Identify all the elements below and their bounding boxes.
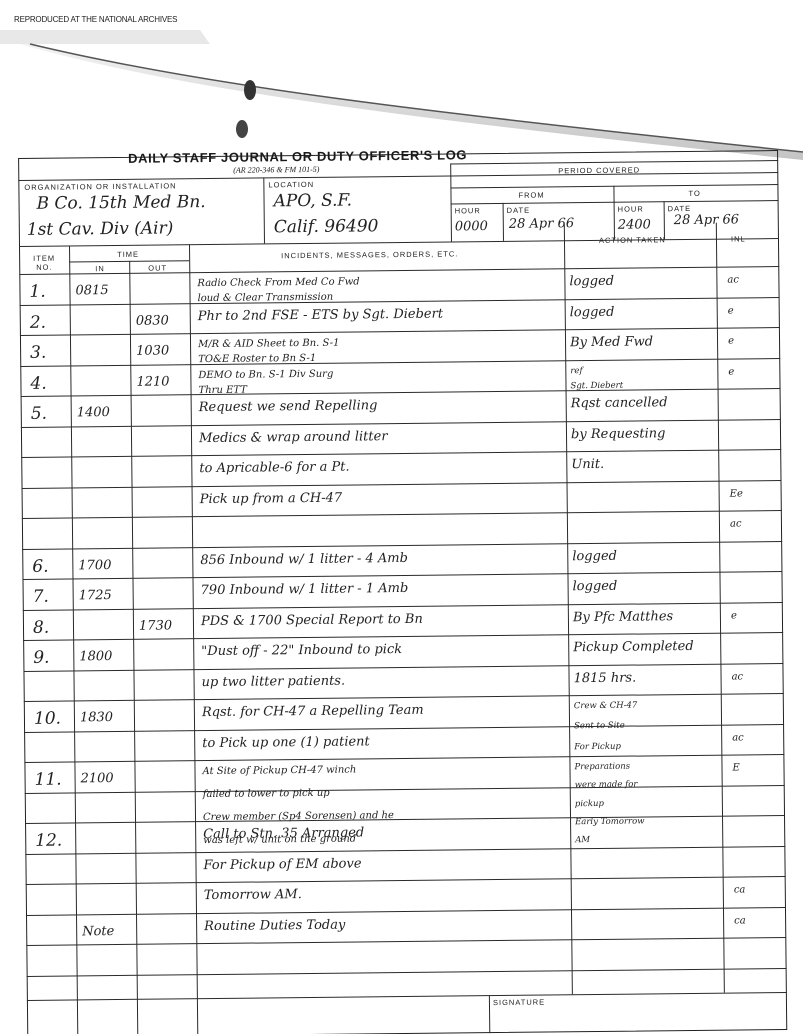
organization-label: ORGANIZATION OR INSTALLATION (24, 181, 176, 192)
action-taken: For Pickup (574, 741, 621, 751)
item-number: 3. (30, 343, 46, 363)
item-label: ITEM (33, 254, 55, 263)
initials: e (728, 336, 734, 347)
incident-text: "Dust off - 22" Inbound to pick (201, 642, 402, 659)
location-line-2: Calif. 96490 (274, 216, 379, 237)
action-taken: Sgt. Diebert (570, 380, 623, 391)
time-out: 1030 (136, 343, 169, 358)
item-number: 2. (30, 312, 46, 332)
incident-text: Thru ETT (198, 384, 246, 396)
action-taken: logged (569, 274, 614, 289)
time-out: 1730 (139, 618, 172, 633)
action-taken: Pickup Completed (573, 639, 694, 655)
initials: ca (734, 884, 746, 895)
incident-text: Radio Check From Med Co Fwd (197, 276, 359, 289)
incident-text: to Apricable-6 for a Pt. (199, 460, 349, 477)
item-number: 10. (34, 709, 61, 729)
incident-text: to Pick up one (1) patient (202, 734, 370, 751)
period-covered-label: PERIOD COVERED (558, 165, 640, 175)
from-hour-value: 0000 (455, 219, 488, 234)
incident-text: Medics & wrap around litter (199, 429, 388, 446)
location-line-1: APO, S.F. (273, 191, 352, 212)
inl-label: INL (731, 234, 746, 243)
incident-text: Crew member (Sp4 Sorensen) and he (203, 810, 394, 823)
to-date-label: DATE (668, 204, 692, 213)
to-label: TO (688, 189, 700, 198)
to-date-value: 28 Apr 66 (674, 212, 739, 228)
incidents-label: INCIDENTS, MESSAGES, ORDERS, ETC. (281, 249, 458, 260)
journal-form: DAILY STAFF JOURNAL OR DUTY OFFICER'S LO… (18, 142, 787, 1034)
item-no-label: NO. (36, 263, 52, 272)
item-number: 12. (35, 831, 62, 851)
organization-line-1: B Co. 15th Med Bn. (36, 192, 205, 214)
incident-text: Pick up from a CH-47 (200, 490, 343, 506)
incident-text: Phr to 2nd FSE - ETS by Sgt. Diebert (198, 306, 443, 324)
action-taken: were made for (575, 780, 638, 791)
initials: ac (732, 732, 744, 743)
action-taken: 1815 hrs. (573, 670, 636, 686)
incident-text: Routine Duties Today (204, 917, 345, 933)
time-label: TIME (117, 250, 139, 259)
action-taken: AM (575, 835, 590, 845)
action-taken: by Requesting (571, 426, 666, 442)
action-taken: Early Tomorrow (575, 816, 644, 827)
action-taken: Unit. (571, 457, 604, 472)
to-hour-value: 2400 (618, 217, 651, 232)
action-taken: Preparations (574, 762, 630, 773)
time-in: 2100 (81, 771, 114, 786)
incident-text: 790 Inbound w/ 1 litter - 1 Amb (201, 581, 409, 598)
time-out: 1210 (136, 374, 169, 389)
item-number: 4. (30, 373, 46, 393)
incident-text: Call to Stn. 35 Arranged (203, 825, 364, 842)
time-in: 1700 (78, 558, 111, 573)
initials: ac (731, 671, 743, 682)
location-label: LOCATION (268, 180, 314, 189)
action-taken: By Med Fwd (570, 334, 653, 350)
organization-line-2: 1st Cav. Div (Air) (27, 218, 174, 240)
incident-text: At Site of Pickup CH-47 winch (202, 764, 356, 777)
time-in: 1725 (79, 588, 112, 603)
item-number: 9. (33, 648, 49, 668)
time-out-label: OUT (148, 263, 167, 272)
action-taken: Rqst cancelled (571, 395, 668, 411)
time-in-label: IN (95, 264, 105, 273)
time-out: 0830 (136, 313, 169, 328)
form-subtitle: (AR 220-346 & FM 101-5) (233, 165, 319, 175)
action-taken-label: ACTION TAKEN (599, 235, 666, 245)
incident-text: up two litter patients. (202, 673, 346, 690)
action-taken: logged (572, 548, 617, 563)
time-in: 1400 (77, 405, 110, 420)
incident-text: Rqst. for CH-47 a Repelling Team (202, 703, 424, 720)
time-in: 1800 (79, 649, 112, 664)
time-in: 0815 (75, 283, 108, 298)
incident-text: failed to lower to pick up (203, 788, 330, 800)
initials: ac (727, 274, 739, 285)
incident-text: TO&E Roster to Bn S-1 (198, 353, 316, 365)
item-number: 7. (33, 587, 49, 607)
initials: e (731, 610, 737, 621)
action-taken: pickup (575, 798, 604, 808)
action-taken: ref (570, 366, 582, 376)
incident-text: DEMO to Bn. S-1 Div Surg (198, 368, 333, 380)
time-in: Note (82, 924, 114, 939)
item-number: 8. (33, 617, 49, 637)
initials: E (732, 762, 739, 773)
incident-text: Request we send Repelling (199, 398, 378, 415)
incident-text: 856 Inbound w/ 1 litter - 4 Amb (200, 550, 408, 567)
initials: ac (730, 518, 742, 529)
incident-text: For Pickup of EM above (203, 856, 361, 873)
time-in: 1830 (80, 710, 113, 725)
action-taken: Crew & CH-47 (574, 701, 638, 712)
item-number: 1. (29, 282, 45, 302)
initials: e (728, 305, 734, 316)
incident-text: M/R & AID Sheet to Bn. S-1 (198, 338, 340, 350)
incident-text: loud & Clear Transmission (198, 292, 334, 304)
initials: e (728, 366, 734, 377)
action-taken: logged (570, 304, 615, 319)
action-taken: Sent to Site (574, 721, 625, 732)
from-date-label: DATE (507, 206, 531, 215)
from-hour-label: HOUR (455, 206, 481, 215)
folded-page-corner (0, 30, 803, 160)
action-taken: By Pfc Matthes (573, 609, 673, 625)
item-number: 5. (31, 404, 47, 424)
initials: Ee (730, 488, 743, 499)
from-label: FROM (518, 190, 544, 199)
to-hour-label: HOUR (618, 204, 644, 213)
signature-label: SIGNATURE (493, 998, 545, 1008)
item-number: 6. (32, 556, 48, 576)
initials: ca (734, 915, 746, 926)
archive-stamp: REPRODUCED AT THE NATIONAL ARCHIVES (14, 15, 177, 24)
incident-text: Tomorrow AM. (204, 887, 302, 903)
action-taken: logged (573, 579, 618, 594)
item-number: 11. (34, 770, 61, 790)
incident-text: PDS & 1700 Special Report to Bn (201, 611, 423, 628)
